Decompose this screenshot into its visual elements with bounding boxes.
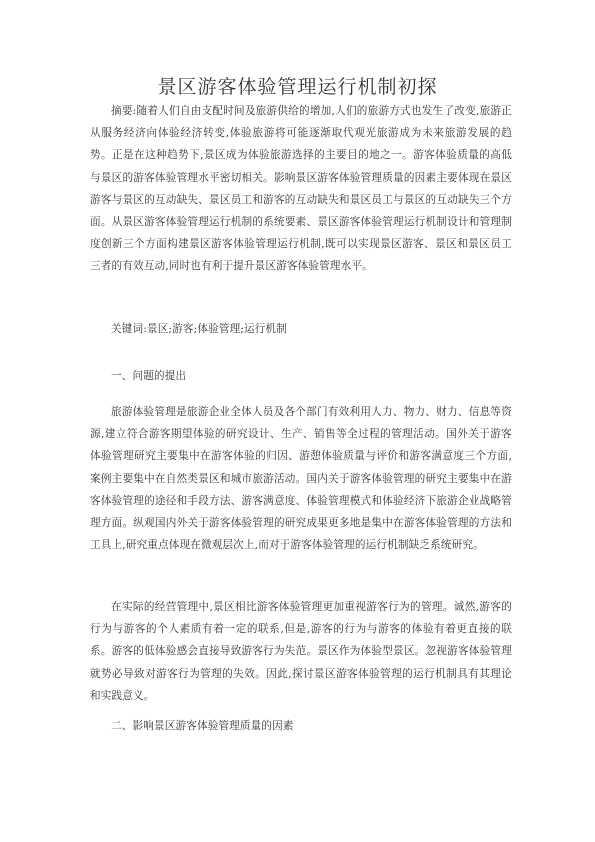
section1-paragraph-2: 在实际的经营管理中,景区相比游客体验管理更加重视游客行为的管理。诚然,游客的行为… [90, 596, 512, 707]
section-heading-1: 一、问题的提出 [90, 365, 512, 387]
document-page: 景区游客体验管理运行机制初探 摘要:随着人们自由支配时间及旅游供给的增加,人们的… [0, 0, 595, 842]
keywords-line: 关键词:景区;游客;体验管理;运行机制 [90, 318, 512, 340]
section1-paragraph-1: 旅游体验管理是旅游企业全体人员及各个部门有效利用人力、物力、财力、信息等资源,建… [90, 401, 512, 556]
abstract-paragraph: 摘要:随着人们自由支配时间及旅游供给的增加,人们的旅游方式也发生了改变,旅游正从… [90, 100, 512, 278]
document-title: 景区游客体验管理运行机制初探 [0, 72, 595, 99]
section-heading-2: 二、影响景区游客体验管理质量的因素 [90, 715, 512, 737]
